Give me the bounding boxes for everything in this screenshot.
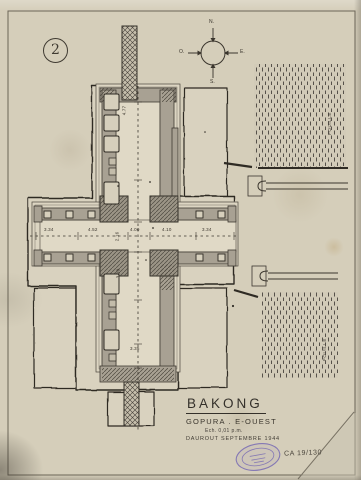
- excavation-block-lower: [234, 266, 338, 378]
- compass-east-label: E.: [240, 49, 245, 55]
- compass-west-label: O.: [179, 49, 184, 55]
- compass-north-label: N.: [209, 19, 214, 25]
- plan-drawing: [0, 0, 361, 480]
- compass-south-label: S.: [210, 79, 215, 85]
- dim-crossing-width: 2.16: [114, 232, 119, 242]
- dim-east-inner: 4.10: [162, 227, 172, 232]
- scanned-drawing-sheet: 2 N. E. S. O. FOUILLE FOUILLE 3.34 4.52 …: [0, 0, 361, 480]
- drawing-credit: DAUROUT SEPTEMBRE 1944: [186, 436, 280, 442]
- archive-reference: CA 19/130: [284, 449, 322, 457]
- figure-number-badge: 2: [43, 38, 68, 63]
- dim-west-outer: 3.34: [44, 227, 54, 232]
- figure-number: 2: [51, 42, 60, 58]
- dim-center: 4.00: [130, 227, 140, 232]
- dim-east-outer: 3.34: [202, 227, 212, 232]
- dim-west-inner: 4.52: [88, 227, 98, 232]
- drawing-scale: Ech. 0,01 p.m.: [205, 428, 243, 434]
- dim-south-corridor: 3.10: [115, 269, 120, 279]
- drawing-title: BAKONG: [186, 396, 266, 414]
- archive-stamp: [234, 440, 282, 473]
- dim-south-end: 3.35: [130, 346, 140, 351]
- compass-rose: [188, 28, 238, 78]
- drawing-subtitle: GOPURA . E-OUEST: [186, 417, 277, 426]
- dim-north-corridor: 4.77: [121, 106, 126, 116]
- excavation-label-upper: FOUILLE: [327, 112, 332, 135]
- excavation-label-lower: FOUILLE: [322, 338, 327, 361]
